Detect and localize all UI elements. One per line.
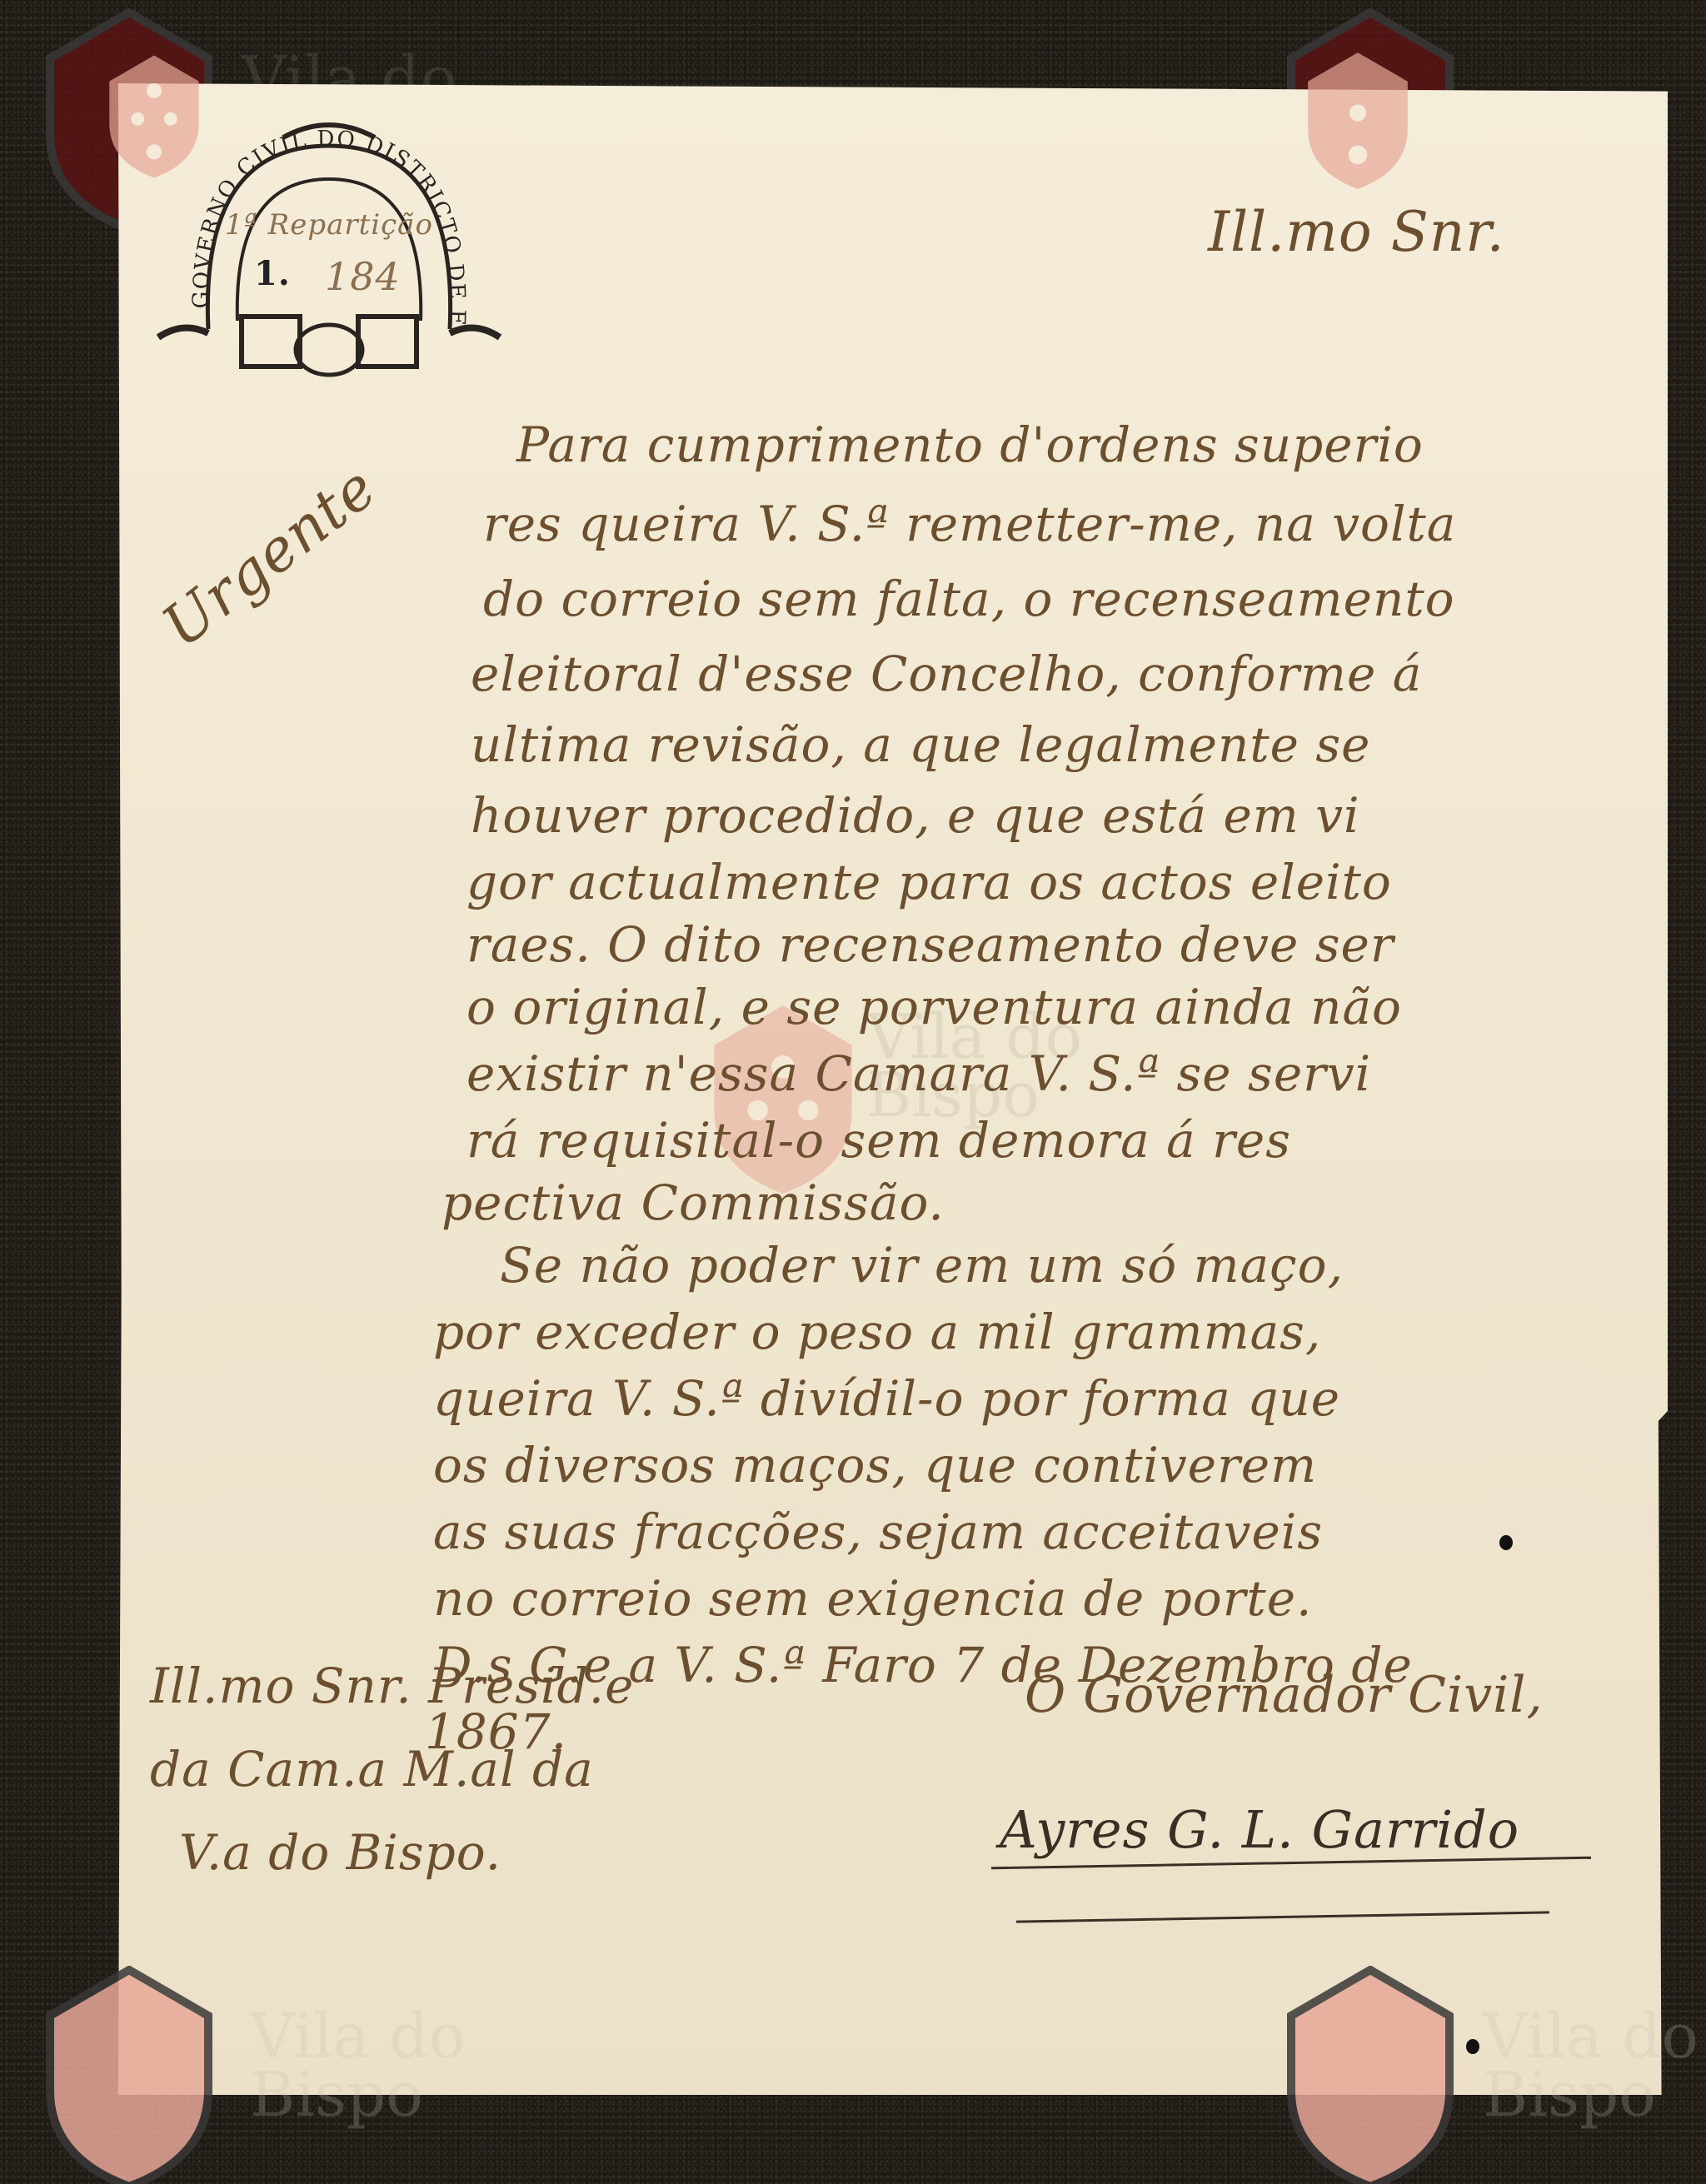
body-line: Para cumprimento d'ordens superio xyxy=(516,421,1424,469)
addressee-line: Ill.mo Snr. Presid.e xyxy=(150,1658,634,1714)
watermark-text: Vila doBispo xyxy=(1483,2007,1699,2125)
body-line: rá requisital-o sem demora á res xyxy=(466,1116,1291,1164)
body-line: gor actualmente para os actos eleito xyxy=(466,858,1392,906)
body-line: Se não poder vir em um só maço, xyxy=(500,1241,1344,1289)
body-line: no correio sem exigencia de porte. xyxy=(433,1574,1313,1623)
salutation: Ill.mo Snr. xyxy=(1208,200,1505,264)
body-line: queira V. S.ª divídil-o por forma que xyxy=(433,1374,1340,1423)
body-line: as suas fracções, sejam acceitaveis xyxy=(433,1508,1323,1556)
body-line: pectiva Commissão. xyxy=(441,1179,945,1227)
body-line: eleitoral d'esse Concelho, conforme á xyxy=(471,650,1422,698)
watermark-shield-icon xyxy=(1283,50,1433,192)
body-line: raes. O dito recenseamento deve ser xyxy=(466,920,1394,969)
government-seal-stamp: GOVERNO CIVIL DO DISTRICTO DE FARO xyxy=(150,112,508,387)
body-line: do correio sem falta, o recenseamento xyxy=(483,575,1455,623)
seal-inscription: 1ª Repartição xyxy=(225,208,433,242)
body-line: por exceder o peso a mil grammas, xyxy=(433,1308,1321,1356)
seal-registry-number: 184 xyxy=(325,254,401,299)
watermark-text: Vila doBispo xyxy=(250,2007,466,2125)
signature: Ayres G. L. Garrido xyxy=(1000,1799,1519,1860)
body-line: houver procedido, e que está em vi xyxy=(471,791,1360,840)
watermark-shield-icon xyxy=(1275,1966,1466,2184)
watermark-shield-icon xyxy=(33,1966,225,2184)
punch-hole xyxy=(1499,1535,1513,1550)
addressee-line: V.a do Bispo. xyxy=(179,1824,501,1881)
body-line: o original, e se porventura ainda não xyxy=(466,983,1402,1031)
body-line: res queira V. S.ª remetter-me, na volta xyxy=(483,500,1456,548)
body-line: existir n'essa Camara V. S.ª se servi xyxy=(466,1050,1371,1098)
body-line: os diversos maços, que contiverem xyxy=(433,1441,1317,1489)
addressee-line: da Cam.a M.al da xyxy=(150,1741,594,1798)
punch-hole xyxy=(1466,2039,1479,2054)
seal-mark: 1. xyxy=(254,254,291,293)
body-line: ultima revisão, a que legalmente se xyxy=(471,721,1371,769)
closing-title: O Governador Civil, xyxy=(1025,1666,1544,1724)
